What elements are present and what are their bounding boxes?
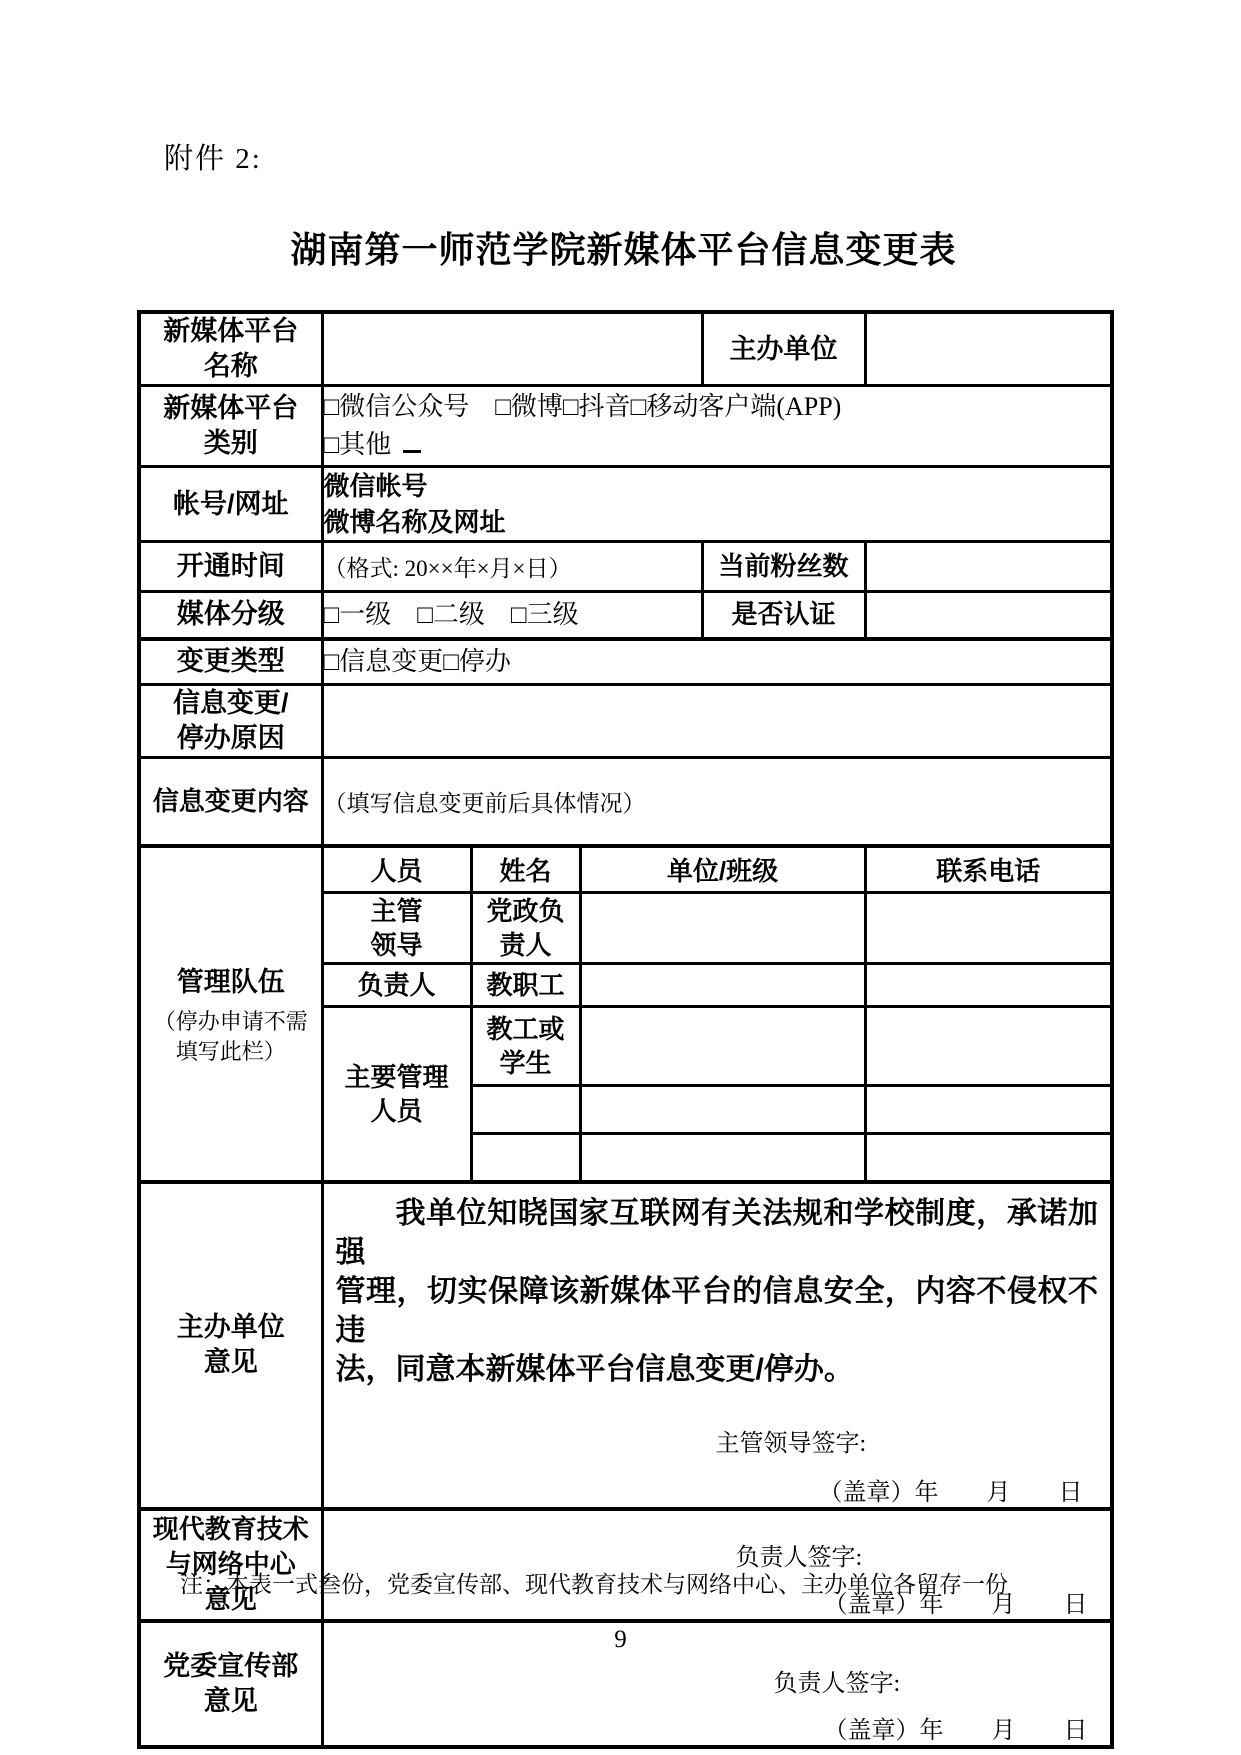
verified-value-cell	[865, 592, 1112, 639]
platform-name-label: 新媒体平台 名称	[139, 312, 322, 386]
leader-role: 主管 领导	[322, 893, 471, 964]
footnote: 注：本表一式叁份，党委宣传部、现代教育技术与网络中心、主办单位各留存一份	[180, 1566, 1008, 1599]
leader-unit-cell	[580, 893, 865, 964]
manager3-name-cell	[471, 1134, 580, 1182]
management-label-cell: 管理队伍 （停办申请不需 填写此栏）	[139, 846, 322, 1182]
responsible-unit-cell	[580, 964, 865, 1007]
leader-name: 党政负 责人	[471, 893, 580, 964]
host-opinion-label: 主办单位 意见	[139, 1182, 322, 1509]
platform-type-label: 新媒体平台 类别	[139, 386, 322, 467]
reason-value-cell	[322, 685, 1112, 758]
row-host-opinion: 主办单位 意见 我单位知晓国家互联网有关法规和学校制度，承诺加强 管理，切实保障…	[139, 1182, 1112, 1509]
manager2-name-cell	[471, 1086, 580, 1134]
row-platform-name: 新媒体平台 名称 主办单位	[139, 312, 1112, 386]
header-person: 人员	[322, 846, 471, 893]
manager2-phone-cell	[865, 1086, 1112, 1134]
manager3-unit-cell	[580, 1134, 865, 1182]
other-fill-underline	[403, 446, 421, 453]
row-management-header: 管理队伍 （停办申请不需 填写此栏） 人员 姓名 单位/班级 联系电话	[139, 846, 1112, 893]
row-media-grade: 媒体分级 □一级 □二级 □三级 是否认证	[139, 592, 1112, 639]
host-sign-label: 主管领导签字:	[716, 1423, 1111, 1458]
media-grade-options: □一级 □二级 □三级	[322, 592, 702, 639]
platform-type-options: □微信公众号 □微博□抖音□移动客户端(APP)	[324, 388, 1111, 426]
responsible-role: 负责人	[322, 964, 471, 1007]
platform-name-value-cell	[322, 312, 702, 386]
leader-phone-cell	[865, 893, 1112, 964]
document-page: 附件 2: 湖南第一师范学院新媒体平台信息变更表 新媒体平台 名称 主办单位 新…	[0, 0, 1241, 1755]
account-value-cell: 微信帐号 微博名称及网址	[322, 467, 1112, 542]
change-type-label: 变更类型	[139, 639, 322, 685]
fans-label: 当前粉丝数	[702, 542, 865, 592]
change-type-options: □信息变更□停办	[322, 639, 1112, 685]
managers-name: 教工或 学生	[471, 1007, 580, 1086]
attachment-label: 附件 2:	[164, 136, 262, 177]
open-time-hint: （格式: 20××年×月×日）	[322, 542, 702, 592]
responsible-name: 教职工	[471, 964, 580, 1007]
row-platform-type: 新媒体平台 类别 □微信公众号 □微博□抖音□移动客户端(APP) □其他	[139, 386, 1112, 467]
row-open-time: 开通时间 （格式: 20××年×月×日） 当前粉丝数	[139, 542, 1112, 592]
row-change-content: 信息变更内容 （填写信息变更前后具体情况）	[139, 758, 1112, 846]
host-unit-label: 主办单位	[702, 312, 865, 386]
row-reason: 信息变更/ 停办原因	[139, 685, 1112, 758]
account-line-wechat: 微信帐号	[324, 468, 1111, 504]
party-date-label: （盖章）年 月 日	[824, 1710, 1111, 1745]
verified-label: 是否认证	[702, 592, 865, 639]
manager1-unit-cell	[580, 1007, 865, 1086]
managers-role: 主要管理 人员	[322, 1007, 471, 1182]
host-opinion-cell: 我单位知晓国家互联网有关法规和学校制度，承诺加强 管理，切实保障该新媒体平台的信…	[322, 1182, 1112, 1509]
header-phone: 联系电话	[865, 846, 1112, 893]
center-opinion-cell: 负责人签字: （盖章）年 月 日	[322, 1509, 1112, 1621]
change-content-label: 信息变更内容	[139, 758, 322, 846]
page-title: 湖南第一师范学院新媒体平台信息变更表	[137, 222, 1110, 273]
host-unit-value-cell	[865, 312, 1112, 386]
center-opinion-label: 现代教育技术 与网络中心 意见	[139, 1509, 322, 1621]
host-opinion-statement: 我单位知晓国家互联网有关法规和学校制度，承诺加强 管理，切实保障该新媒体平台的信…	[336, 1194, 1099, 1389]
account-line-weibo: 微博名称及网址	[324, 504, 1111, 540]
header-name: 姓名	[471, 846, 580, 893]
manager1-phone-cell	[865, 1007, 1112, 1086]
change-content-hint: （填写信息变更前后具体情况）	[322, 758, 1112, 846]
party-sign-label: 负责人签字:	[774, 1663, 1111, 1698]
other-option: □其他	[324, 430, 392, 459]
fans-value-cell	[865, 542, 1112, 592]
manager2-unit-cell	[580, 1086, 865, 1134]
host-date-label: （盖章）年 月 日	[819, 1472, 1111, 1507]
row-account: 帐号/网址 微信帐号 微博名称及网址	[139, 467, 1112, 542]
account-label: 帐号/网址	[139, 467, 322, 542]
management-label: 管理队伍	[141, 960, 321, 999]
row-change-type: 变更类型 □信息变更□停办	[139, 639, 1112, 685]
platform-type-options-cell: □微信公众号 □微博□抖音□移动客户端(APP) □其他	[322, 386, 1112, 467]
management-sublabel: （停办申请不需 填写此栏）	[141, 1007, 321, 1067]
change-form-table: 新媒体平台 名称 主办单位 新媒体平台 类别 □微信公众号 □微博□抖音□移动客…	[137, 310, 1114, 1749]
manager3-phone-cell	[865, 1134, 1112, 1182]
open-time-label: 开通时间	[139, 542, 322, 592]
page-number: 9	[0, 1626, 1241, 1654]
reason-label: 信息变更/ 停办原因	[139, 685, 322, 758]
responsible-phone-cell	[865, 964, 1112, 1007]
platform-type-other-line: □其他	[324, 426, 1111, 464]
header-unit: 单位/班级	[580, 846, 865, 893]
media-grade-label: 媒体分级	[139, 592, 322, 639]
row-center-opinion: 现代教育技术 与网络中心 意见 负责人签字: （盖章）年 月 日	[139, 1509, 1112, 1621]
